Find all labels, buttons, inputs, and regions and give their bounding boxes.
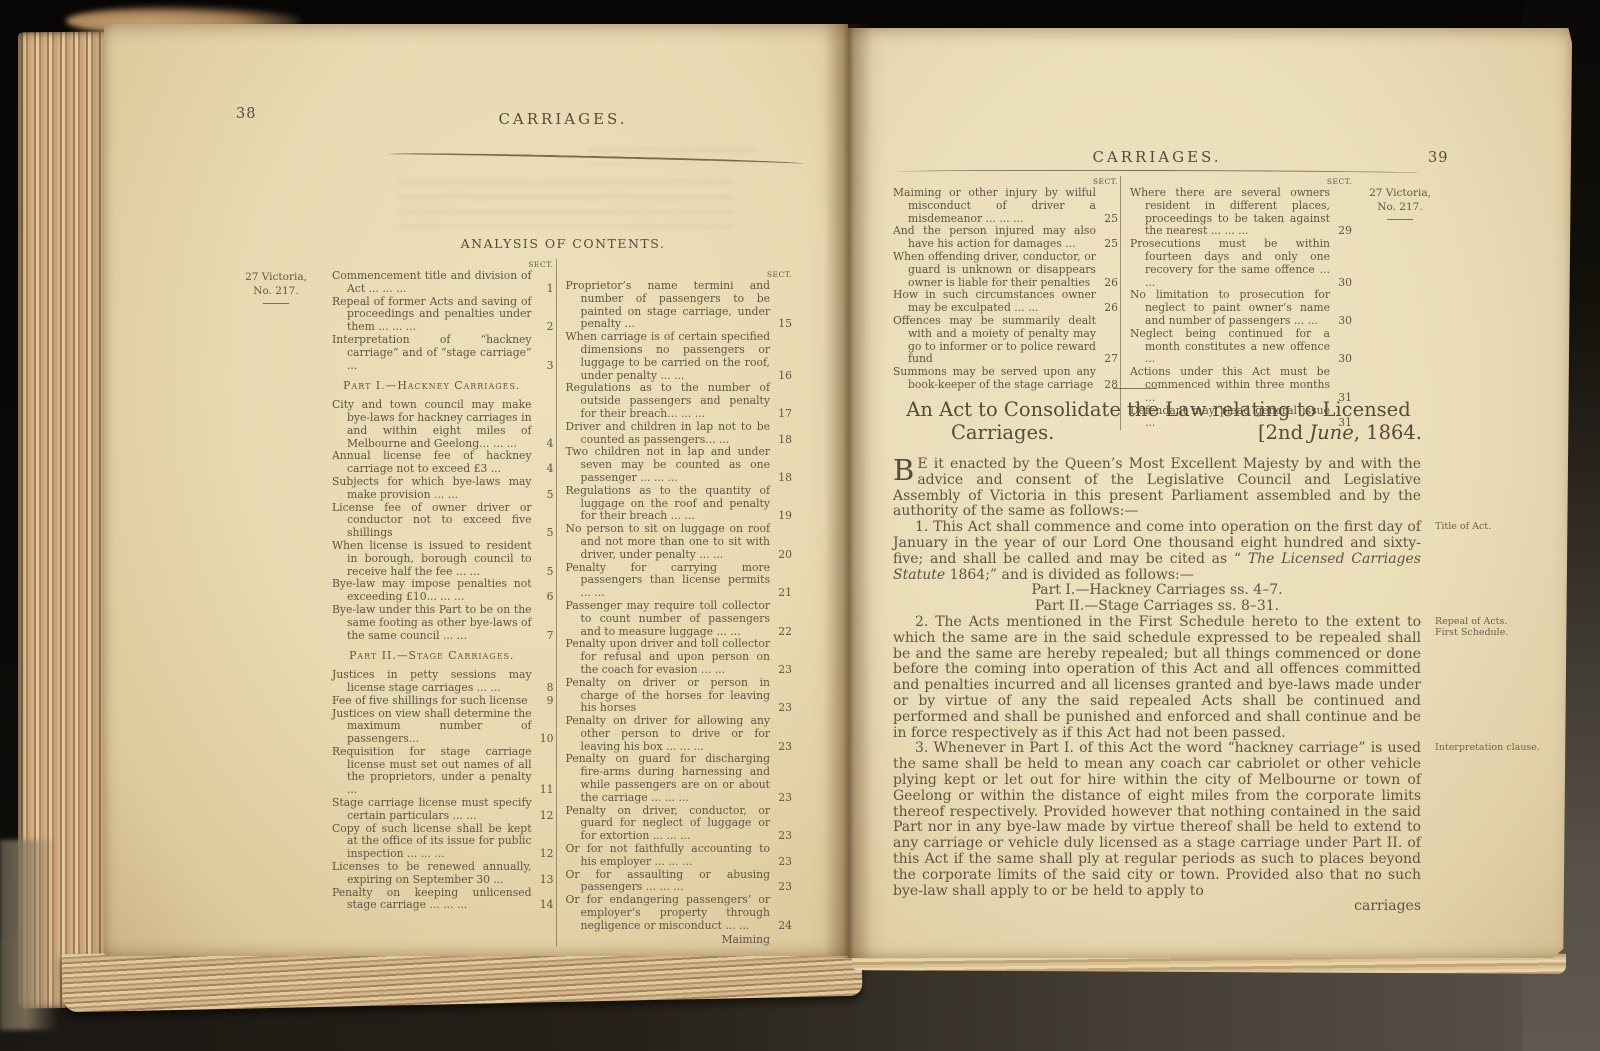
right-contents-col1-list: Maiming or other injury by wilful miscon…	[893, 187, 1120, 392]
act-section-1: 1. This Act shall commence and come into…	[893, 520, 1421, 583]
toc-entry-text: Regulations as to the number of outside …	[566, 381, 770, 420]
right-contents-table: SECT. Maiming or other injury by wilful …	[893, 176, 1354, 430]
toc-entry-section-number: 30	[1338, 277, 1352, 290]
book-photo: 38 CARRIAGES. ANALYSIS OF CONTENTS. 27 V…	[0, 0, 1600, 1051]
toc-entry-section-number: 8	[547, 682, 554, 695]
toc-entry: Or for assaulting or abusing passengers …	[566, 869, 794, 895]
toc-entry: Driver and children in lap not to be cou…	[566, 421, 794, 447]
toc-entry-text: Or for assaulting or abusing passengers …	[566, 868, 770, 894]
act-title-line1: An Act to Consolidate the Law relating t…	[895, 398, 1422, 421]
toc-entry: Regulations as to the quantity of luggag…	[566, 485, 794, 523]
toc-entry: Penalty on guard for discharging fire-ar…	[566, 753, 794, 804]
toc-entry: Maiming or other injury by wilful miscon…	[893, 187, 1120, 225]
toc-entry-section-number: 18	[778, 472, 792, 485]
toc-entry: How in such circumstances owner may be e…	[893, 289, 1120, 315]
toc-entry-section-number: 19	[778, 510, 792, 523]
toc-entry: No person to sit on luggage on roof and …	[566, 523, 794, 561]
toc-entry-section-number: 5	[547, 566, 554, 579]
toc-entry-text: Repeal of former Acts and saving of proc…	[332, 295, 532, 334]
toc-entry: Where there are several owners resident …	[1130, 187, 1354, 238]
toc-entry-text: No limitation to prosecution for neglect…	[1130, 288, 1330, 327]
toc-entry-section-number: 9	[547, 695, 554, 708]
left-contents-table: SECT. Commencement title and division of…	[332, 259, 794, 946]
part-1-line: Part I.—Hackney Carriages ss. 4–7.	[893, 583, 1421, 599]
toc-entry: Proprietor’s name termini and number of …	[566, 280, 794, 331]
toc-entry: Justices in petty sessions may license s…	[332, 669, 556, 695]
toc-entry-section-number: 12	[540, 848, 554, 861]
toc-entry: Penalty for carrying more passengers tha…	[566, 562, 794, 600]
toc-entry-text: No person to sit on luggage on roof and …	[566, 522, 770, 561]
toc-entry-section-number: 21	[778, 587, 792, 600]
toc-entry: Licenses to be renewed annually, expirin…	[332, 861, 556, 887]
toc-entry-text: Annual license fee of hackney carriage n…	[332, 449, 532, 475]
act-section-3: 3. Whenever in Part I. of this Act the w…	[893, 741, 1421, 899]
toc-entry-text: Two children not in lap and under seven …	[566, 445, 770, 484]
toc-entry-text: Or for not faithfully accounting to his …	[566, 842, 770, 868]
toc-entry-section-number: 28	[1104, 379, 1118, 392]
toc-entry-section-number: 27	[1104, 353, 1118, 366]
toc-entry: No limitation to prosecution for neglect…	[1130, 289, 1354, 327]
toc-entry: Or for not faithfully accounting to his …	[566, 843, 794, 869]
margin-note-dash	[1387, 219, 1413, 220]
toc-entry-section-number: 15	[778, 318, 792, 331]
margin-note-dash	[263, 303, 289, 304]
toc-entry-text: Justices in petty sessions may license s…	[332, 668, 532, 694]
toc-entry-section-number: 12	[540, 810, 554, 823]
toc-entry: Passenger may require toll collector to …	[566, 600, 794, 638]
toc-entry-text: Penalty on keeping unlicensed stage carr…	[332, 886, 532, 912]
toc-entry: Penalty upon driver and toll collector f…	[566, 638, 794, 676]
toc-entry-text: Neglect being continued for a month cons…	[1130, 327, 1330, 366]
toc-entry-section-number: 23	[778, 830, 792, 843]
toc-entry: Penalty on driver, conductor, or guard f…	[566, 805, 794, 843]
act-assent-date: [2nd June, 1864.	[1258, 421, 1422, 444]
toc-entry-text: Interpretation of “hackney carriage” and…	[332, 333, 532, 372]
left-page-catchword: Maiming	[566, 934, 794, 947]
enacting-clause: BE it enacted by the Queen’s Most Excell…	[893, 457, 1421, 520]
toc-entry: Summons may be served upon any book-keep…	[893, 366, 1120, 392]
toc-entry: City and town council may make bye-laws …	[332, 399, 556, 450]
toc-entry: License fee of owner driver or conductor…	[332, 502, 556, 540]
toc-entry-text: Penalty on guard for discharging fire-ar…	[566, 752, 770, 803]
toc-entry: Penalty on driver or person in charge of…	[566, 677, 794, 715]
toc-entry: Repeal of former Acts and saving of proc…	[332, 296, 556, 334]
toc-entry: Penalty on driver for allowing any other…	[566, 715, 794, 753]
left-contents-col2: SECT. Proprietor’s name termini and numb…	[556, 259, 794, 946]
toc-entry-section-number: 5	[547, 527, 554, 540]
toc-entry-section-number: 23	[778, 856, 792, 869]
toc-entry-section-number: 10	[540, 733, 554, 746]
toc-entry-section-number: 5	[547, 489, 554, 502]
toc-entry-text: Fee of five shillings for such license	[332, 694, 528, 707]
toc-entry-text: Commencement title and division of Act .…	[332, 269, 532, 295]
toc-entry-section-number: 11	[540, 784, 554, 797]
toc-entry: Regulations as to the number of outside …	[566, 382, 794, 420]
toc-entry-text: Bye-law under this Part to be on the sam…	[332, 603, 532, 642]
toc-entry-text: Penalty for carrying more passengers tha…	[566, 561, 770, 600]
toc-entry-section-number: 30	[1338, 315, 1352, 328]
margin-note-interpretation-clause: Interpretation clause.	[1435, 742, 1567, 754]
toc-entry: Subjects for which bye-laws may make pro…	[332, 476, 556, 502]
toc-entry-text: Penalty on driver, conductor, or guard f…	[566, 804, 770, 843]
toc-entry: Interpretation of “hackney carriage” and…	[332, 334, 556, 372]
toc-entry-section-number: 7	[547, 630, 554, 643]
toc-entry-section-number: 23	[778, 792, 792, 805]
toc-entry-section-number: 30	[1338, 353, 1352, 366]
toc-entry-text: And the person injured may also have his…	[893, 224, 1096, 250]
right-contents-col2-list: Where there are several owners resident …	[1130, 187, 1354, 430]
act-section-2: 2. The Acts mentioned in the First Sched…	[893, 615, 1421, 741]
toc-entry-text: Summons may be served upon any book-keep…	[893, 365, 1096, 391]
margin-note-repeal-of-acts: Repeal of Acts. First Schedule.	[1435, 616, 1567, 639]
toc-part-heading: Part I.—Hackney Carriages.	[332, 380, 532, 393]
toc-entry: Requisition for stage carriage license m…	[332, 746, 556, 797]
toc-entry: When offending driver, conductor, or gua…	[893, 251, 1120, 289]
right-page-number: 39	[1428, 150, 1448, 166]
act-title-line2: Carriages. [2nd June, 1864.	[895, 421, 1422, 444]
left-contents-col2-list: Proprietor’s name termini and number of …	[566, 280, 794, 933]
section-1-text: 1. This Act shall commence and come into…	[893, 519, 1421, 582]
toc-entry-text: Penalty on driver for allowing any other…	[566, 714, 770, 753]
part-2-line: Part II.—Stage Carriages ss. 8–31.	[893, 599, 1421, 615]
toc-entry: Bye-law may impose penalties not exceedi…	[332, 578, 556, 604]
toc-entry-section-number: 23	[778, 664, 792, 677]
toc-entry-section-number: 25	[1104, 238, 1118, 251]
toc-entry-text: City and town council may make bye-laws …	[332, 398, 532, 449]
act-title-short: Carriages.	[951, 421, 1054, 444]
toc-entry-section-number: 16	[778, 370, 792, 383]
toc-entry: Bye-law under this Part to be on the sam…	[332, 604, 556, 642]
toc-entry-text: When offending driver, conductor, or gua…	[893, 250, 1096, 289]
toc-entry-section-number: 18	[778, 434, 792, 447]
toc-entry: Or for endangering passengers’ or employ…	[566, 894, 794, 932]
toc-entry-section-number: 4	[547, 463, 554, 476]
toc-part-heading: Part II.—Stage Carriages.	[332, 650, 532, 663]
toc-entry-text: Passenger may require toll collector to …	[566, 599, 770, 638]
toc-entry-text: Justices on view shall determine the max…	[332, 707, 532, 746]
toc-entry-section-number: 20	[778, 549, 792, 562]
toc-entry-text: Stage carriage license must specify cert…	[332, 796, 532, 822]
act-title-rule	[1113, 388, 1157, 389]
left-running-head: CARRIAGES.	[330, 110, 796, 128]
section-3-text: 3. Whenever in Part I. of this Act the w…	[893, 740, 1421, 898]
toc-entry-text: Proprietor’s name termini and number of …	[566, 279, 770, 330]
toc-entry-section-number: 23	[778, 702, 792, 715]
toc-entry-section-number: 14	[540, 899, 554, 912]
toc-entry-text: Maiming or other injury by wilful miscon…	[893, 186, 1096, 225]
right-contents-col2: SECT. Where there are several owners res…	[1120, 176, 1354, 430]
toc-entry-section-number: 2	[547, 321, 554, 334]
section-2-text: 2. The Acts mentioned in the First Sched…	[893, 614, 1421, 741]
toc-entry-section-number: 6	[547, 591, 554, 604]
toc-entry: Prosecutions must be within fourteen day…	[1130, 238, 1354, 289]
left-margin-note: 27 Victoria, No. 217.	[232, 270, 320, 304]
enacting-text: E it enacted by the Queen’s Most Excelle…	[893, 456, 1421, 519]
toc-entry-text: Bye-law may impose penalties not exceedi…	[332, 577, 532, 603]
toc-entry: Stage carriage license must specify cert…	[332, 797, 556, 823]
toc-entry: Offences may be summarily dealt with and…	[893, 315, 1120, 366]
toc-entry-section-number: 1	[547, 283, 554, 296]
toc-entry-text: License fee of owner driver or conductor…	[332, 501, 532, 540]
toc-entry-section-number: 25	[1104, 213, 1118, 226]
toc-entry-section-number: 24	[778, 920, 792, 933]
toc-entry-text: Driver and children in lap not to be cou…	[566, 420, 770, 446]
left-page-number: 38	[236, 106, 256, 122]
act-body: BE it enacted by the Queen’s Most Excell…	[893, 457, 1421, 915]
toc-entry: Commencement title and division of Act .…	[332, 270, 556, 296]
toc-entry: Penalty on keeping unlicensed stage carr…	[332, 887, 556, 913]
toc-entry-section-number: 3	[547, 360, 554, 373]
toc-entry-section-number: 23	[778, 881, 792, 894]
toc-entry-text: Copy of such license shall be kept at th…	[332, 822, 532, 861]
left-contents-col1-list: Commencement title and division of Act .…	[332, 270, 556, 912]
toc-entry: When license is issued to resident in bo…	[332, 540, 556, 578]
toc-entry: Neglect being continued for a month cons…	[1130, 328, 1354, 366]
toc-entry: Copy of such license shall be kept at th…	[332, 823, 556, 861]
toc-entry-section-number: 26	[1104, 277, 1118, 290]
toc-entry-text: When license is issued to resident in bo…	[332, 539, 532, 578]
toc-entry-section-number: 4	[547, 438, 554, 451]
drop-cap: B	[893, 457, 917, 483]
right-running-head: CARRIAGES.	[893, 148, 1421, 166]
toc-entry-section-number: 26	[1104, 302, 1118, 315]
toc-entry-text: When carriage is of certain specified di…	[566, 330, 770, 381]
right-page-catchword: carriages	[893, 899, 1421, 915]
act-title: An Act to Consolidate the Law relating t…	[895, 398, 1422, 444]
margin-note-title-of-act: Title of Act.	[1435, 521, 1567, 533]
statute-citation: 27 Victoria, No. 217.	[232, 270, 320, 298]
toc-entry: Justices on view shall determine the max…	[332, 708, 556, 746]
toc-entry: Two children not in lap and under seven …	[566, 446, 794, 484]
toc-entry-text: Regulations as to the quantity of luggag…	[566, 484, 770, 523]
toc-entry: And the person injured may also have his…	[893, 225, 1120, 251]
toc-entry-section-number: 13	[540, 874, 554, 887]
right-contents-col1: SECT. Maiming or other injury by wilful …	[893, 176, 1120, 430]
book-cover-strip	[0, 840, 58, 1030]
statute-citation: 27 Victoria, No. 217.	[1345, 186, 1455, 214]
toc-entry-text: Prosecutions must be within fourteen day…	[1130, 237, 1330, 288]
toc-entry-section-number: 29	[1338, 225, 1352, 238]
toc-entry-text: Subjects for which bye-laws may make pro…	[332, 475, 532, 501]
toc-entry-text: Licenses to be renewed annually, expirin…	[332, 860, 532, 886]
toc-entry-text: Offences may be summarily dealt with and…	[893, 314, 1096, 365]
toc-entry-section-number: 22	[778, 626, 792, 639]
toc-entry-text: Penalty upon driver and toll collector f…	[566, 637, 770, 676]
toc-entry: Annual license fee of hackney carriage n…	[332, 450, 556, 476]
toc-entry: When carriage is of certain specified di…	[566, 331, 794, 382]
analysis-of-contents-title: ANALYSIS OF CONTENTS.	[330, 236, 796, 251]
toc-entry-section-number: 17	[778, 408, 792, 421]
toc-entry-text: How in such circumstances owner may be e…	[893, 288, 1096, 314]
toc-entry-text: Penalty on driver or person in charge of…	[566, 676, 770, 715]
toc-entry-text: Or for endangering passengers’ or employ…	[566, 893, 770, 932]
right-margin-note: 27 Victoria, No. 217.	[1345, 186, 1455, 220]
toc-entry-section-number: 23	[778, 741, 792, 754]
toc-entry-text: Where there are several owners resident …	[1130, 186, 1330, 237]
left-contents-col1: SECT. Commencement title and division of…	[332, 259, 556, 946]
toc-entry-text: Requisition for stage carriage license m…	[332, 745, 532, 796]
